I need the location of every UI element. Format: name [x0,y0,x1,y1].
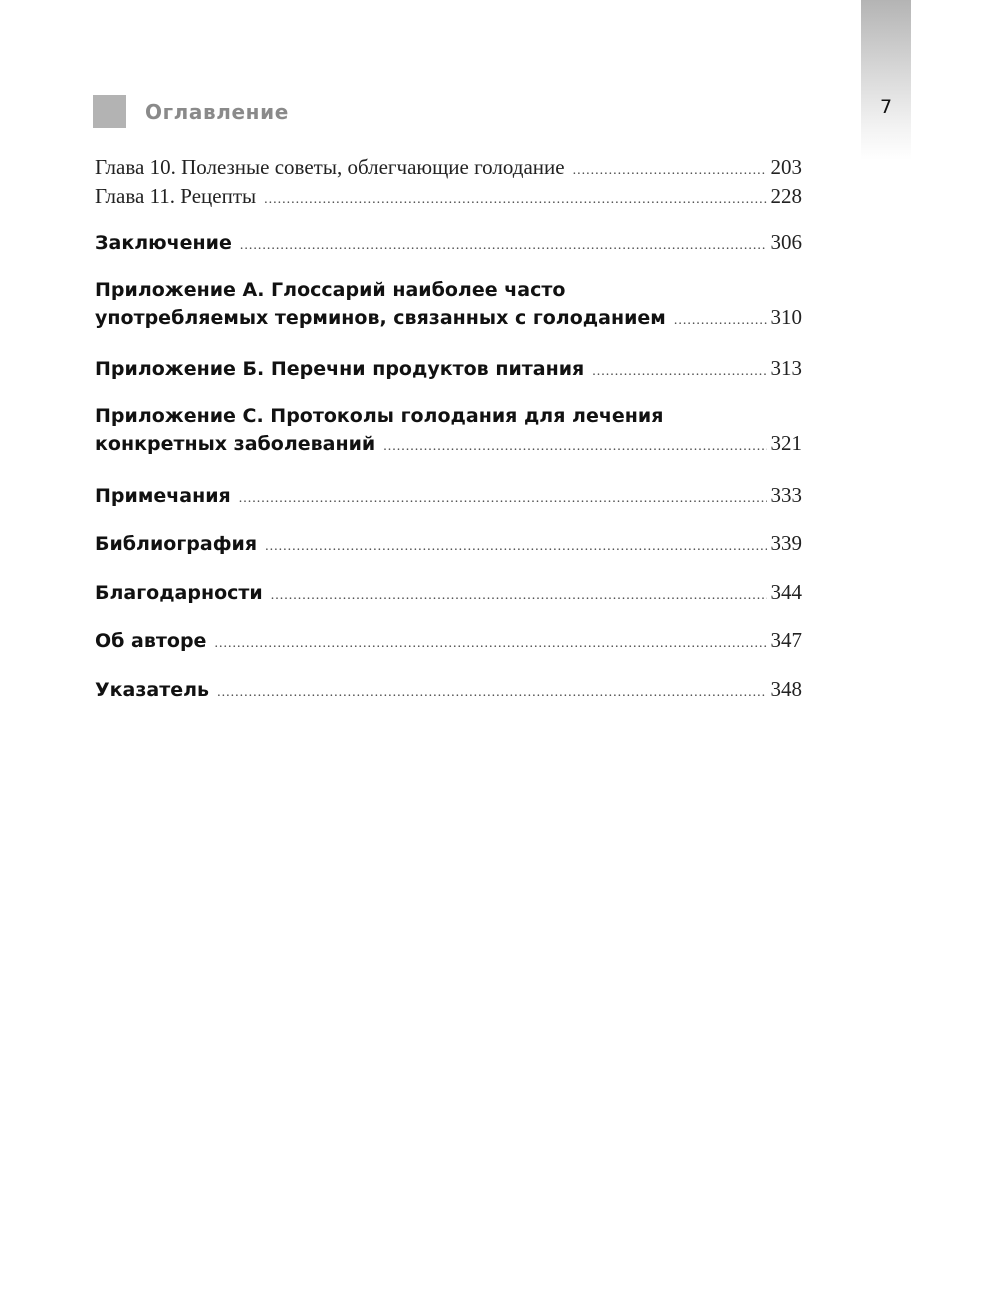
toc-entry-title: Глава 10. Полезные советы, облегчающие г… [95,155,565,180]
toc-entry-title-continued: употребляемых терминов, связанных с голо… [95,307,666,329]
toc-entry[interactable]: Библиография 339 [95,531,802,556]
toc-page-number: 313 [771,356,803,381]
toc-entry[interactable]: Примечания 333 [95,483,802,508]
header-title: Оглавление [145,100,289,124]
toc-entry-title: Приложение А. Глоссарий наиболее часто [95,279,565,301]
toc-entry[interactable]: Глава 11. Рецепты 228 [95,184,802,209]
toc-entry-title: Об авторе [95,630,206,652]
page-edge-tab [861,0,911,160]
toc-page-number: 339 [771,531,803,556]
toc-page-number: 310 [771,305,803,330]
toc-entry[interactable]: Заключение 306 [95,230,802,255]
dot-leader [573,163,767,179]
toc-page-number: 228 [771,184,803,209]
toc-page-number: 348 [771,677,803,702]
page-number: 7 [861,96,911,118]
toc-entry[interactable]: Приложение С. Протоколы голодания для ле… [95,405,802,456]
toc-entry-title: Указатель [95,679,209,701]
header-square-icon [93,95,126,128]
toc-entry-title: Приложение С. Протоколы голодания для ле… [95,405,663,427]
dot-leader [214,636,766,652]
toc-page-number: 333 [771,483,803,508]
dot-leader [592,364,766,380]
toc-entry-title-continued: конкретных заболеваний [95,433,375,455]
toc-entry[interactable]: Приложение Б. Перечни продуктов питания … [95,356,802,381]
dot-leader [217,685,766,701]
toc-entry-title: Благодарности [95,582,263,604]
toc-entry[interactable]: Приложение А. Глоссарий наиболее часто у… [95,279,802,330]
toc-entry[interactable]: Глава 10. Полезные советы, облегчающие г… [95,155,802,180]
dot-leader [383,439,766,455]
toc-entry-title: Приложение Б. Перечни продуктов питания [95,358,584,380]
dot-leader [264,192,766,208]
section-header: Оглавление [93,95,289,128]
toc-page-number: 306 [771,230,803,255]
dot-leader [265,539,766,555]
toc-page-number: 321 [771,431,803,456]
toc-entry-title: Заключение [95,232,232,254]
dot-leader [239,491,767,507]
toc-entry[interactable]: Указатель 348 [95,677,802,702]
toc-page-number: 203 [771,155,803,180]
dot-leader [240,238,767,254]
toc-entry[interactable]: Благодарности 344 [95,580,802,605]
toc-entry-title: Библиография [95,533,257,555]
dot-leader [674,313,767,329]
toc-page-number: 344 [771,580,803,605]
dot-leader [271,588,767,604]
toc-entry[interactable]: Об авторе 347 [95,628,802,653]
toc-page-number: 347 [771,628,803,653]
toc-entry-title: Глава 11. Рецепты [95,184,256,209]
toc-entry-title: Примечания [95,485,231,507]
